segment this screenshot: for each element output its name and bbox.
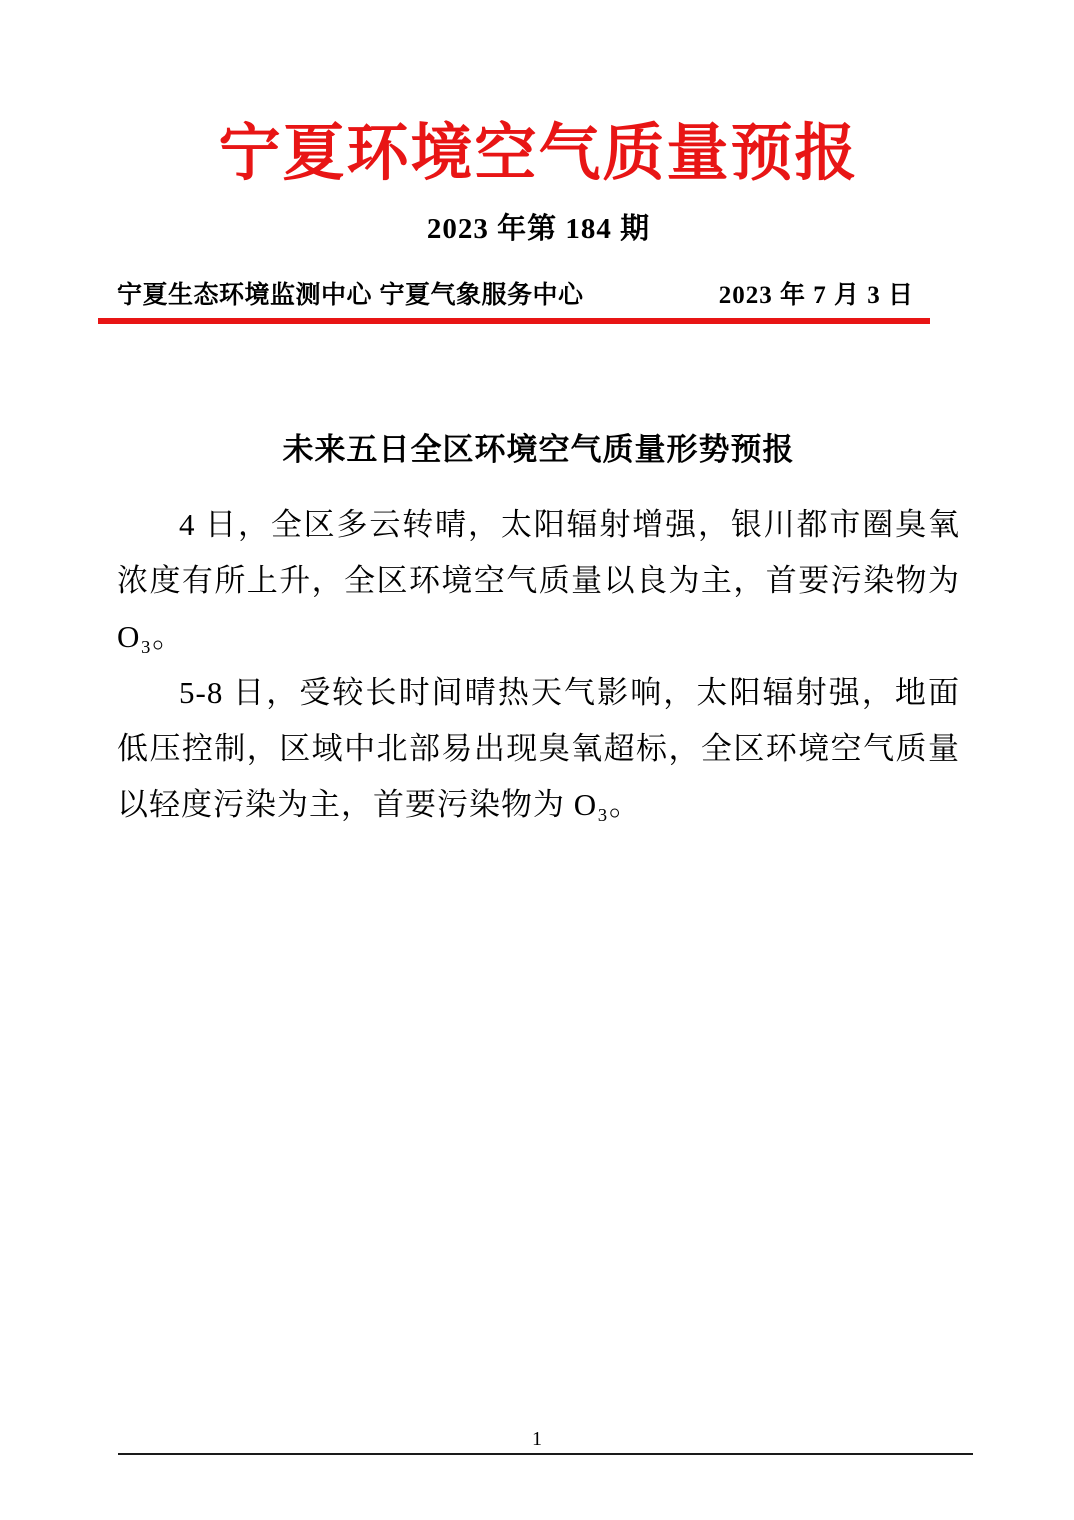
document-page: 宁夏环境空气质量预报 2023 年第 184 期 宁夏生态环境监测中心 宁夏气象… bbox=[0, 0, 1074, 1520]
forecast-paragraph-day5-8: 5-8 日，受较长时间晴热天气影响，太阳辐射强，地面低压控制，区域中北部易出现臭… bbox=[117, 665, 960, 833]
document-title: 宁夏环境空气质量预报 bbox=[117, 0, 960, 194]
issue-number: 2023 年第 184 期 bbox=[117, 206, 960, 247]
page-number: 1 bbox=[0, 1428, 1074, 1450]
footer-divider-rule bbox=[118, 1453, 973, 1455]
forecast-body: 4 日，全区多云转晴，太阳辐射增强，银川都市圈臭氧浓度有所上升，全区环境空气质量… bbox=[117, 497, 960, 833]
issue-date: 2023 年 7 月 3 日 bbox=[719, 275, 914, 311]
section-title: 未来五日全区环境空气质量形势预报 bbox=[117, 424, 960, 469]
red-divider-rule bbox=[98, 318, 930, 324]
masthead-row: 宁夏生态环境监测中心 宁夏气象服务中心 2023 年 7 月 3 日 bbox=[117, 275, 960, 311]
page-footer: 1 bbox=[0, 1424, 1074, 1520]
issuing-organizations: 宁夏生态环境监测中心 宁夏气象服务中心 bbox=[117, 275, 583, 311]
forecast-paragraph-day4: 4 日，全区多云转晴，太阳辐射增强，银川都市圈臭氧浓度有所上升，全区环境空气质量… bbox=[117, 497, 960, 665]
